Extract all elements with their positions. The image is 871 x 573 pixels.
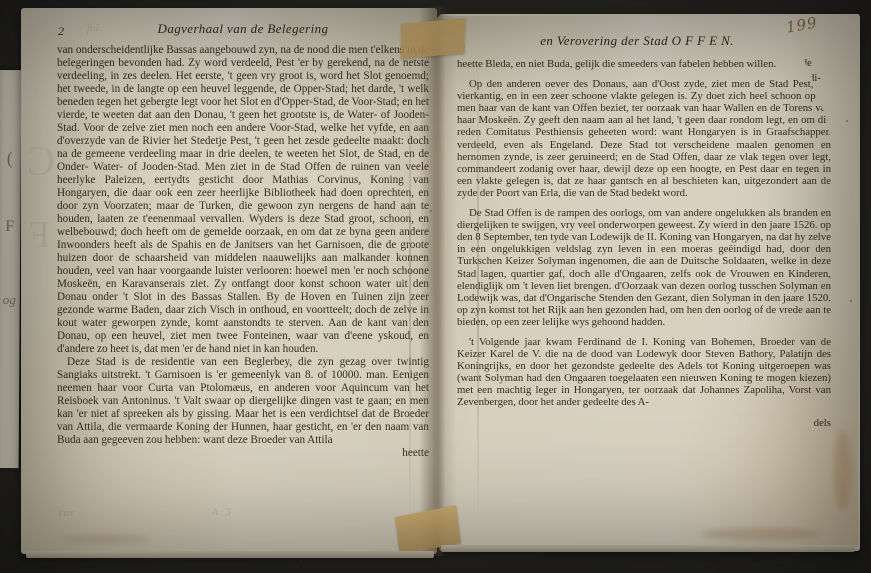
- page-edge-fragment: og: [3, 292, 16, 308]
- paragraph: heette Bleda, en niet Buda, gelijk die s…: [457, 58, 831, 70]
- page-edge-fragment: F: [5, 218, 14, 236]
- loose-page-edge: ( F og: [0, 70, 21, 468]
- tape-repair-top: [401, 18, 465, 59]
- speck: [846, 120, 848, 122]
- bleedthrough-letter: C: [27, 138, 55, 186]
- paragraph: Deze Stad is de residentie van een Begle…: [57, 356, 429, 447]
- left-page: 2 fol. Dagverhaal van de Belegering van …: [21, 8, 437, 554]
- left-running-header: Dagverhaal van de Belegering: [57, 21, 429, 37]
- left-page-text: van onderscheidentlijke Bassas aangebouw…: [57, 44, 429, 460]
- right-page-text: heette Bleda, en niet Buda, gelijk die s…: [457, 58, 831, 429]
- right-running-header: en Verovering der Stad O F F E N.: [457, 33, 817, 49]
- signature-mark: A 3: [211, 506, 233, 518]
- bleedthrough-letter: F: [29, 213, 50, 257]
- speck: [850, 300, 852, 302]
- speck: [300, 560, 302, 562]
- page-edge-bottom-right: [441, 545, 855, 552]
- paragraph: 't Volgende jaar kwam Ferdinand de I. Ko…: [457, 336, 831, 409]
- bleedthrough-corner-mark: ruv: [59, 508, 75, 519]
- catchword: heette: [57, 447, 429, 460]
- paragraph: De Stad Offen is de rampen des oorlogs, …: [457, 207, 831, 328]
- page-edge-bottom-left: [26, 551, 434, 558]
- speck: [430, 210, 432, 212]
- book-photo: ( F og n de erdi- ied- 2 fol. Dagverhaal…: [0, 0, 871, 573]
- paragraph: van onderscheidentlijke Bassas aangebouw…: [57, 44, 429, 356]
- right-page: en Verovering der Stad O F F E N. 5 heet…: [437, 16, 858, 547]
- page-edge-fragment: (: [7, 148, 13, 169]
- paragraph: Op den anderen oever des Donaus, aan d'O…: [457, 78, 831, 199]
- catchword: dels: [457, 417, 831, 429]
